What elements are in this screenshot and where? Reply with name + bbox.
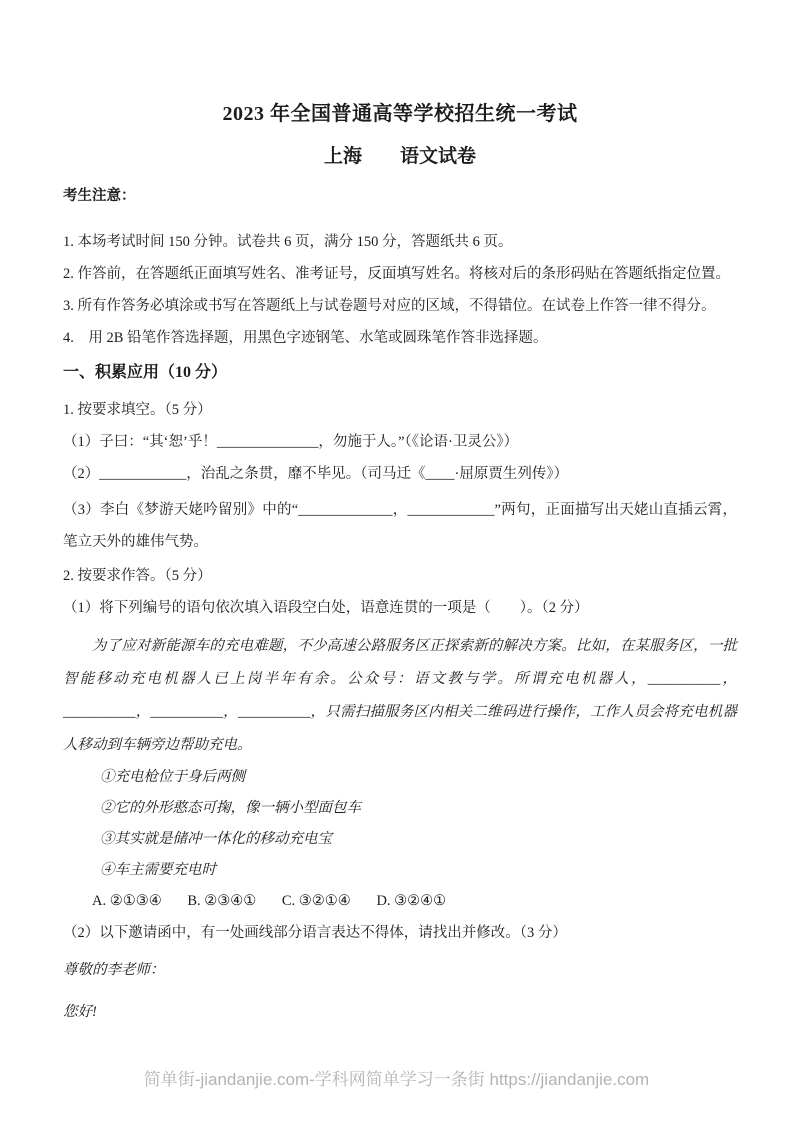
- exam-title: 2023 年全国普通高等学校招生统一考试: [63, 100, 737, 128]
- notice-heading: 考生注意：: [63, 184, 737, 208]
- letter-salutation: 尊敬的李老师：: [63, 955, 737, 985]
- reading-passage: 为了应对新能源车的充电难题，不少高速公路服务区正探索新的解决方案。比如，在某服务…: [63, 630, 737, 762]
- notice-item-4: 4. 用 2B 铅笔作答选择题，用黑色字迹钢笔、水笔或圆珠笔作答非选择题。: [63, 322, 737, 354]
- exam-paper-page: 2023 年全国普通高等学校招生统一考试 上海 语文试卷 考生注意： 1. 本场…: [0, 0, 793, 1122]
- question-2-stem: 2. 按要求作答。（5 分）: [63, 560, 737, 592]
- question-2-part1-stem: （1）将下列编号的语句依次填入语段空白处，语意连贯的一项是（ ）。（2 分）: [63, 592, 737, 624]
- section-heading: 一、积累应用（10 分）: [63, 360, 737, 386]
- numbered-clause-2: ②它的外形憨态可掬，像一辆小型面包车: [100, 793, 737, 824]
- numbered-clause-1: ①充电枪位于身后两侧: [100, 762, 737, 793]
- choice-options-row: A. ②①③④ B. ②③④① C. ③②①④ D. ③②④①: [92, 886, 737, 917]
- notice-list: 1. 本场考试时间 150 分钟。试卷共 6 页，满分 150 分，答题纸共 6…: [63, 226, 737, 354]
- footer-watermark: 简单街-jiandanjie.com-学科网简单学习一条街 https://ji…: [0, 1068, 793, 1092]
- option-d: D. ③②④①: [376, 886, 446, 917]
- fill-blank-item-3: （3）李白《梦游天姥吟留别》中的“_____________，_________…: [63, 494, 737, 558]
- fill-blank-item-2: （2）____________，治乱之条贯，靡不毕见。（司马迁《____·屈原贾…: [63, 458, 737, 490]
- question-2-part2-stem: （2）以下邀请函中，有一处画线部分语言表达不得体，请找出并修改。（3 分）: [63, 917, 737, 949]
- option-c: C. ③②①④: [282, 886, 351, 917]
- fill-blank-item-1: （1）子曰：“其‘恕’乎！______________，勿施于人。”（《论语·卫…: [63, 426, 737, 458]
- option-a: A. ②①③④: [92, 886, 162, 917]
- option-b: B. ②③④①: [187, 886, 256, 917]
- letter-greeting: 您好!: [63, 997, 737, 1027]
- question-1-stem: 1. 按要求填空。（5 分）: [63, 394, 737, 426]
- notice-item-1: 1. 本场考试时间 150 分钟。试卷共 6 页，满分 150 分，答题纸共 6…: [63, 226, 737, 258]
- numbered-clause-3: ③其实就是储冲一体化的移动充电宝: [100, 824, 737, 855]
- exam-subtitle: 上海 语文试卷: [63, 144, 737, 170]
- notice-item-2: 2. 作答前，在答题纸正面填写姓名、准考证号，反面填写姓名。将核对后的条形码贴在…: [63, 258, 737, 290]
- page-content: 2023 年全国普通高等学校招生统一考试 上海 语文试卷 考生注意： 1. 本场…: [0, 0, 793, 1027]
- numbered-clause-4: ④车主需要充电时: [100, 855, 737, 886]
- notice-item-3: 3. 所有作答务必填涂或书写在答题纸上与试卷题号对应的区域，不得错位。在试卷上作…: [63, 290, 737, 322]
